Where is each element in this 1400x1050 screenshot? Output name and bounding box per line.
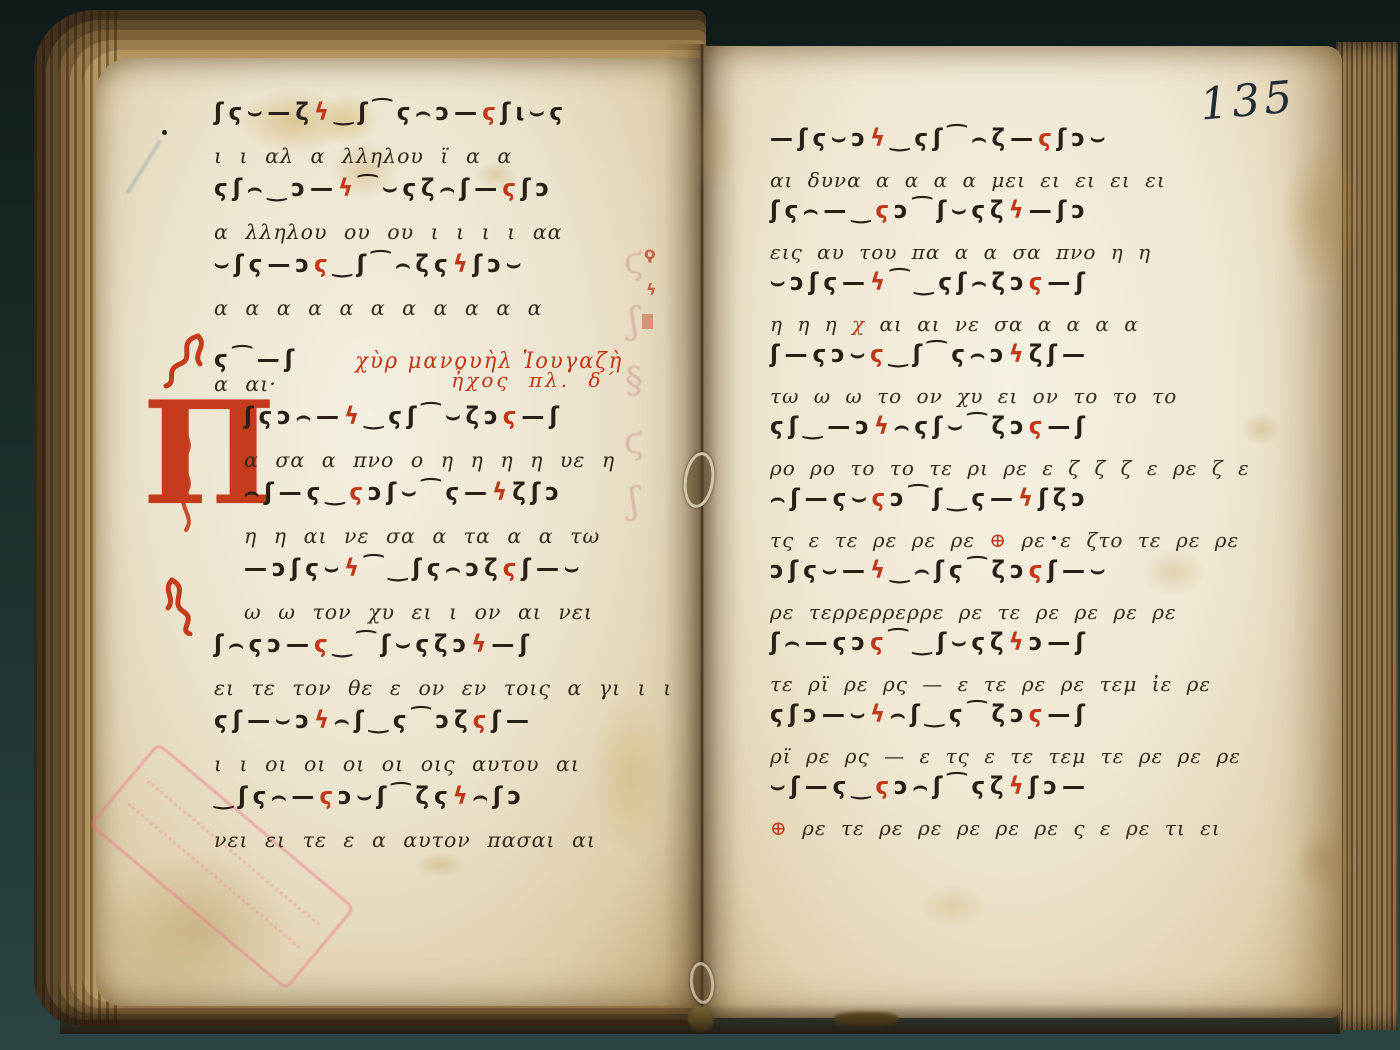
- red-ink-mark: ⊕: [770, 816, 788, 840]
- chant-system: —ɔʃϛ⌣ϟ⁀‿ʃϛ⌢ɔζϛʃ—⌣ω ω τον χυ ει ι ον αι ν…: [244, 556, 626, 632]
- red-ink-mark: ⊕: [989, 528, 1007, 552]
- marginal-red-mark: ϙ: [644, 244, 656, 264]
- red-ink-mark: ϟ: [344, 555, 364, 583]
- mode-rubric: ἦχος πλ. δ´: [451, 368, 616, 392]
- chant-text-line: η η αι νε σα α τα α α τω: [244, 524, 626, 554]
- red-ink-mark: χ: [852, 312, 865, 336]
- left-page-chant-block: ʃϛ⌣—ζϟ‿ʃ⁀ϛ⌢ɔ—ϛʃι⌣ϛι ι αλ α λληλου ϊ α αϛ…: [214, 100, 626, 860]
- neume-line: ⌣ʃ—ϛ‿ϛɔ⌢ʃ⁀ϛζϟʃɔ—: [770, 773, 1206, 818]
- chant-text-line: τε ρϊ ρε ρς — ε τε ρε ρε τεμ ἰε ρε: [770, 672, 1206, 700]
- neume-line: ɔʃϛ⌣—ϟ‿⌢ʃϛ⁀ζɔϛʃ—⌣: [770, 557, 1206, 602]
- chant-system: ⌢ʃ—ϛ‿ϛɔʃ⌣⁀ϛ—ϟζʃɔη η αι νε σα α τα α α τω: [244, 480, 626, 556]
- red-ink-mark: ϛ: [473, 707, 492, 735]
- chant-text-line: τω ω ω το ον χυ ει ον το το το: [770, 384, 1206, 412]
- chant-text-line: αι δυνα α α α α μει ει ει ει ει: [770, 168, 1206, 196]
- red-ink-mark: ϟ: [874, 413, 894, 441]
- neume-line: ϛ⁀—ʃχὺρ μανουὴλ Ἰουγαζὴ: [214, 327, 626, 374]
- red-ink-mark: ϛ: [1029, 701, 1048, 729]
- marginal-red-mark: [642, 314, 653, 329]
- marginal-red-mark: ϟ: [646, 280, 657, 299]
- fore-edge-right: [1336, 42, 1398, 1030]
- red-ink-mark: ϟ: [870, 125, 890, 153]
- chant-text-line: νει ει τε ε α αυτον πασαι αι: [214, 828, 626, 858]
- red-ink-mark: ϛ: [875, 197, 894, 225]
- red-ink-mark: ϛ: [482, 99, 501, 127]
- chant-system: ⌣ɔʃϛ—ϟ⁀‿ϛʃ⌢ζɔϛ—ʃη η η χ αι αι νε σα α α …: [770, 270, 1206, 342]
- chant-text-line: ω ω τον χυ ει ι ον αι νει: [244, 600, 626, 630]
- chant-text-line: η η η χ αι αι νε σα α α α α: [770, 312, 1206, 340]
- red-ink-mark: ϛ: [503, 555, 522, 583]
- chant-text-line: ρε τερρερρερρε ρε τε ρε ρε ρε ρε: [770, 600, 1206, 628]
- chant-system: ϛʃɔ—⌣ϟ⌢ʃ‿ϛ⁀ζɔϛ—ʃρϊ ρε ρς — ε τς ε τε τεμ…: [770, 702, 1206, 774]
- chant-text-line: α σα α πνο ο η η η η υε η: [244, 448, 626, 478]
- red-ink-mark: ϟ: [1009, 197, 1029, 225]
- chant-text-line: ι ι οι οι οι οι οις αυτου αι: [214, 752, 626, 782]
- red-ink-mark: ϟ: [870, 557, 890, 585]
- chant-system: ϛʃ⌢‿ɔ—ϟ⁀⌣ϛζ⌢ʃ—ϛʃɔα λληλου ου ου ι ι ι ι …: [214, 176, 626, 252]
- red-ink-mark: ϟ: [1009, 629, 1029, 657]
- red-ink-mark: ϟ: [453, 783, 473, 811]
- red-ink-mark: ϛ: [503, 403, 522, 431]
- manuscript-photo-scene: ϛ ʃ § ϛ ʃ ϙ ϟ Π ʃϛ⌣—ζϟ‿ʃ⁀ϛ⌢ɔ—ϛʃι⌣ϛι ι αλ…: [0, 0, 1400, 1050]
- neume-line: ⌢ʃ—ϛ‿ϛɔʃ⌣⁀ϛ—ϟζʃɔ: [244, 479, 626, 526]
- chant-text-line: α λληλου ου ου ι ι ι ι αα: [214, 220, 626, 250]
- red-ink-mark: ϟ: [314, 99, 334, 127]
- neume-line: ʃϛ⌢—‿ϛɔ⁀ʃ⌣ϛζϟ—ʃɔ: [770, 197, 1206, 242]
- red-ink-mark: ϟ: [314, 707, 334, 735]
- chant-system: ⌣ʃϛ—ɔϛ‿ʃ⁀⌢ζϛϟʃɔ⌣α α α α α α α α α α α: [214, 252, 626, 328]
- neume-line: ʃ⌢—ϛɔϛ⁀‿ʃ⌣ϛζϟɔ—ʃ: [770, 629, 1206, 674]
- neume-line: ‿ʃϛ⌢—ϛɔ⌣ʃ⁀ζϛϟ⌢ʃɔ: [214, 783, 626, 830]
- red-ink-mark: ϟ: [1018, 485, 1038, 513]
- red-ink-mark: ϛ: [871, 485, 890, 513]
- neume-line: —ʃϛ⌣ɔϟ‿ϛʃ⁀⌢ζ—ϛʃɔ⌣: [770, 125, 1206, 170]
- neume-line: ⌢ʃ—ϛ⌣ϛɔ⁀ʃ‿ϛ—ϟʃζɔ: [770, 485, 1206, 530]
- chant-system: ‿ʃϛ⌢—ϛɔ⌣ʃ⁀ζϛϟ⌢ʃɔνει ει τε ε α αυτον πασα…: [214, 784, 626, 860]
- chant-system: ϛʃ—⌣ɔϟ⌢ʃ‿ϛ⁀ɔζϛʃ—ι ι οι οι οι οι οις αυτο…: [214, 708, 626, 784]
- neume-line: ʃ—ϛɔ⌣ϛ‿ʃ⁀ϛ⌢ɔϟζʃ—: [770, 341, 1206, 386]
- chant-system: ʃ⌢—ϛɔϛ⁀‿ʃ⌣ϛζϟɔ—ʃτε ρϊ ρε ρς — ε τε ρε ρε…: [770, 630, 1206, 702]
- neume-line: —ɔʃϛ⌣ϟ⁀‿ʃϛ⌢ɔζϛʃ—⌣: [244, 555, 626, 602]
- neume-line: ʃϛɔ⌢—ϟ‿ϛʃ⁀⌣ζɔϛ—ʃ: [244, 403, 626, 450]
- red-ink-mark: ϟ: [453, 251, 473, 279]
- book-bottom-shadow: [60, 1004, 1340, 1034]
- chant-text-line: εις αυ του πα α α σα πνο η η: [770, 240, 1206, 268]
- red-ink-mark: ϛ: [314, 251, 333, 279]
- chant-system: ʃϛ⌣—ζϟ‿ʃ⁀ϛ⌢ɔ—ϛʃι⌣ϛι ι αλ α λληλου ϊ α α: [214, 100, 626, 176]
- red-ink-mark: ϛ: [319, 783, 338, 811]
- chant-system: —ʃϛ⌣ɔϟ‿ϛʃ⁀⌢ζ—ϛʃɔ⌣αι δυνα α α α α μει ει …: [770, 126, 1206, 198]
- neume-line: ʃϛ⌣—ζϟ‿ʃ⁀ϛ⌢ɔ—ϛʃι⌣ϛ: [214, 99, 626, 146]
- chant-system: ʃ—ϛɔ⌣ϛ‿ʃ⁀ϛ⌢ɔϟζʃ—τω ω ω το ον χυ ει ον το…: [770, 342, 1206, 414]
- red-ink-mark: ϛ: [502, 175, 521, 203]
- red-ink-mark: ϟ: [1009, 773, 1029, 801]
- red-ink-mark: ϟ: [492, 479, 512, 507]
- chant-text-line: α αι·ἦχος πλ. δ´: [214, 372, 626, 402]
- chant-text-line: α α α α α α α α α α α: [214, 296, 626, 326]
- ink-speck: [162, 130, 167, 135]
- red-ink-mark: ϟ: [870, 269, 890, 297]
- neume-line: ϛʃ‿—ɔϟ⌢ϛʃ⌣⁀ζɔϛ—ʃ: [770, 413, 1206, 458]
- chant-text-line: ρο ρο το το τε ρι ρε ε ζ ζ ζ ε ρε ζ ε: [770, 456, 1206, 484]
- chant-system: ϛ⁀—ʃχὺρ μανουὴλ Ἰουγαζὴα αι·ἦχος πλ. δ´: [214, 328, 626, 404]
- neume-line: ϛʃ—⌣ɔϟ⌢ʃ‿ϛ⁀ɔζϛʃ—: [214, 707, 626, 754]
- red-ink-mark: ϟ: [338, 175, 358, 203]
- neume-line: ⌣ɔʃϛ—ϟ⁀‿ϛʃ⌢ζɔϛ—ʃ: [770, 269, 1206, 314]
- neume-line: ʃ⌢ϛɔ—ϛ‿⁀ʃ⌣ϛζɔϟ—ʃ: [214, 631, 626, 678]
- chant-text-line: ει τε τον θε ε ον εν τοις α γι ι ι: [214, 676, 626, 706]
- red-ink-mark: ϟ: [870, 701, 890, 729]
- chant-system: ʃϛ⌢—‿ϛɔ⁀ʃ⌣ϛζϟ—ʃɔεις αυ του πα α α σα πνο…: [770, 198, 1206, 270]
- chant-system: ʃϛɔ⌢—ϟ‿ϛʃ⁀⌣ζɔϛ—ʃα σα α πνο ο η η η η υε …: [244, 404, 626, 480]
- neume-line: ϛʃɔ—⌣ϟ⌢ʃ‿ϛ⁀ζɔϛ—ʃ: [770, 701, 1206, 746]
- chant-text-line: ⊕ ρε τε ρε ρε ρε ρε ρε ς ε ρε τι ει: [770, 816, 1206, 844]
- neume-line: ⌣ʃϛ—ɔϛ‿ʃ⁀⌢ζϛϟʃɔ⌣: [214, 251, 626, 298]
- red-ink-mark: ϟ: [471, 631, 491, 659]
- red-ink-mark: ϟ: [1009, 341, 1029, 369]
- red-ink-mark: ϛ: [870, 629, 889, 657]
- red-ink-mark: ϛ: [1029, 413, 1048, 441]
- red-ink-mark: ϟ: [344, 403, 364, 431]
- chant-system: ⌣ʃ—ϛ‿ϛɔ⌢ʃ⁀ϛζϟʃɔ—⊕ ρε τε ρε ρε ρε ρε ρε ς…: [770, 774, 1206, 846]
- neume-line: ϛʃ⌢‿ɔ—ϟ⁀⌣ϛζ⌢ʃ—ϛʃɔ: [214, 175, 626, 222]
- chant-system: ⌢ʃ—ϛ⌣ϛɔ⁀ʃ‿ϛ—ϟʃζɔτς ε τε ρε ρε ρε ⊕ ρε ε …: [770, 486, 1206, 558]
- binding-gutter: [664, 44, 740, 1020]
- red-ink-mark: ϛ: [870, 341, 889, 369]
- red-ink-mark: ϛ: [1029, 269, 1048, 297]
- chant-system: ʃ⌢ϛɔ—ϛ‿⁀ʃ⌣ϛζɔϟ—ʃει τε τον θε ε ον εν τοι…: [214, 632, 626, 708]
- chant-system: ɔʃϛ⌣—ϟ‿⌢ʃϛ⁀ζɔϛʃ—⌣ρε τερρερρερρε ρε τε ρε…: [770, 558, 1206, 630]
- red-ink-mark: ϛ: [349, 479, 368, 507]
- chant-text-line: τς ε τε ρε ρε ρε ⊕ ρε ε ζτο τε ρε ρε: [770, 528, 1206, 556]
- red-ink-mark: ϛ: [875, 773, 894, 801]
- red-ink-mark: ϛ: [1038, 125, 1057, 153]
- right-page-chant-block: —ʃϛ⌣ɔϟ‿ϛʃ⁀⌢ζ—ϛʃɔ⌣αι δυνα α α α α μει ει …: [770, 126, 1206, 846]
- red-ink-mark: ϛ: [314, 631, 333, 659]
- red-ink-mark: ϛ: [1029, 557, 1048, 585]
- chant-system: ϛʃ‿—ɔϟ⌢ϛʃ⌣⁀ζɔϛ—ʃρο ρο το το τε ρι ρε ε ζ…: [770, 414, 1206, 486]
- chant-text-line: ρϊ ρε ρς — ε τς ε τε τεμ τε ρε ρε ρε: [770, 744, 1206, 772]
- chant-text-line: ι ι αλ α λληλου ϊ α α: [214, 144, 626, 174]
